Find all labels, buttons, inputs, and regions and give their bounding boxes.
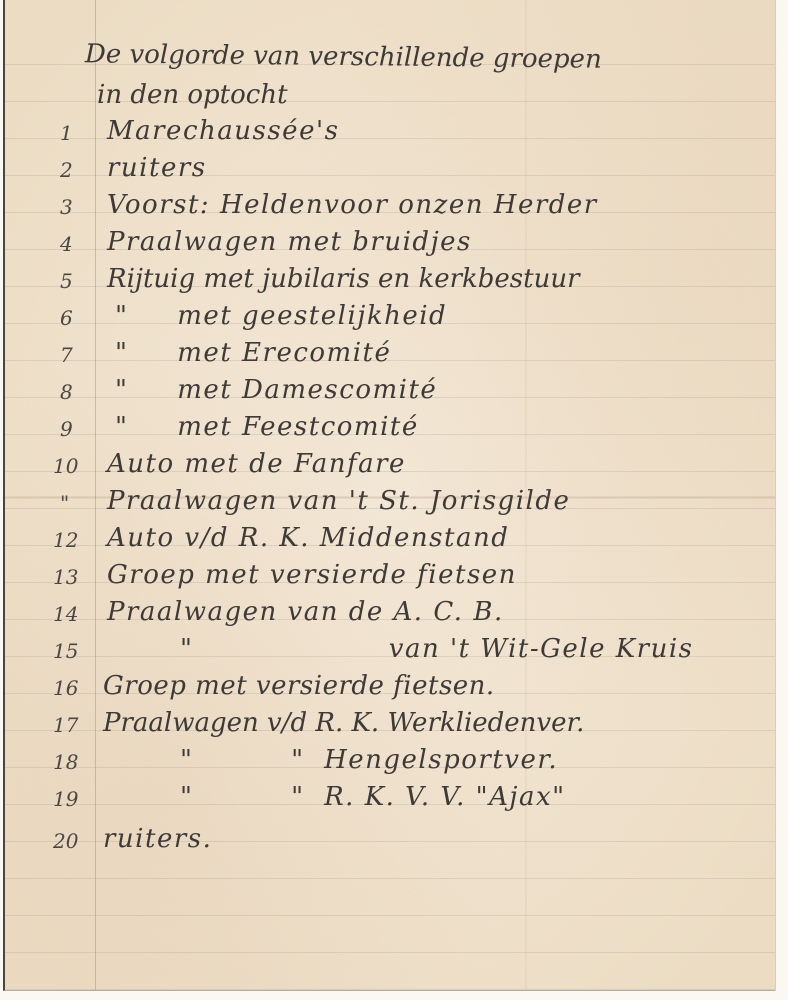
- item-number: 4: [60, 229, 100, 259]
- item-number: 2: [60, 155, 100, 185]
- item-text: " van 't Wit-Gele Kruis: [180, 634, 694, 664]
- item-text: " met Erecomité: [115, 338, 391, 368]
- item-text: Voorst: Heldenvoor onzen Herder: [107, 190, 598, 220]
- item-number: 7: [60, 340, 100, 370]
- item-text: Rijtuig met jubilaris en kerkbestuur: [107, 264, 580, 294]
- item-number: 20: [53, 826, 93, 856]
- ruled-line: [5, 915, 775, 916]
- item-text: Groep met versierde fietsen: [107, 560, 517, 590]
- item-number: ": [60, 488, 100, 518]
- item-number: 3: [60, 192, 100, 222]
- item-text: Praalwagen van de A. C. B.: [107, 597, 504, 627]
- item-number: 13: [53, 562, 93, 592]
- handwritten-letter-page: De volgorde van verschillende groepen in…: [3, 0, 775, 991]
- item-number: 12: [53, 525, 93, 555]
- item-number: 19: [53, 784, 93, 814]
- item-text: ruiters.: [103, 824, 212, 854]
- item-number: 10: [53, 451, 93, 481]
- ruled-line: [5, 952, 775, 953]
- item-text: " " Hengelsportver.: [180, 745, 558, 775]
- item-text: ruiters: [107, 153, 207, 183]
- item-text: Auto v/d R. K. Middenstand: [107, 523, 509, 553]
- item-number: 8: [60, 377, 100, 407]
- ruled-line: [5, 878, 775, 879]
- item-text: " met geestelijkheid: [115, 301, 447, 331]
- title-line-2: in den optocht: [97, 80, 288, 110]
- item-text: " met Feestcomité: [115, 412, 419, 442]
- item-number: 18: [53, 747, 93, 777]
- item-number: 5: [60, 266, 100, 296]
- item-number: 16: [53, 673, 93, 703]
- ruled-line: [5, 989, 775, 990]
- item-text: Auto met de Fanfare: [107, 449, 406, 479]
- item-number: 9: [60, 414, 100, 444]
- item-text: " met Damescomité: [115, 375, 437, 405]
- item-text: Marechaussée's: [107, 116, 339, 146]
- item-number: 15: [53, 636, 93, 666]
- item-text: Praalwagen v/d R. K. Werkliedenver.: [103, 708, 584, 738]
- item-text: " " R. K. V. V. "Ajax": [180, 782, 566, 812]
- title-line-1: De volgorde van verschillende groepen: [85, 39, 602, 74]
- item-text: Praalwagen met bruidjes: [107, 227, 472, 257]
- item-text: Groep met versierde fietsen.: [103, 671, 495, 701]
- item-text: Praalwagen van 't St. Jorisgilde: [107, 486, 570, 516]
- item-number: 1: [60, 118, 100, 148]
- item-number: 17: [53, 710, 93, 740]
- item-number: 6: [60, 303, 100, 333]
- item-number: 14: [53, 599, 93, 629]
